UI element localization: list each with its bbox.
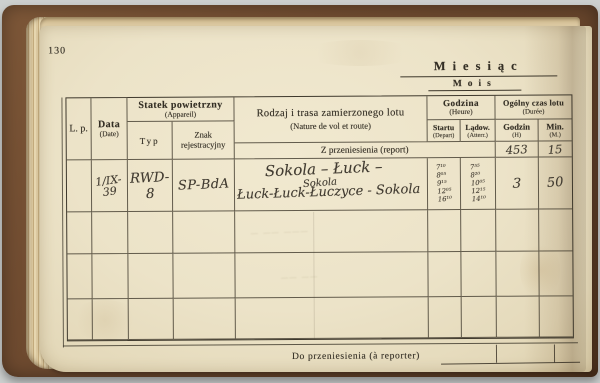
flight-log-table: L. p. Data (Date) Statek powietrzny (App… (65, 94, 573, 341)
empty-cell (128, 254, 173, 299)
entry-landing-times-cell: 7⁵⁵ 8²⁰ 10⁰⁵ 12¹⁵ 14¹⁰ (461, 158, 496, 210)
column-header-hours: Godzin (H) (496, 120, 539, 142)
carry-to-next-label: Do przeniesienia (à reporter) (292, 350, 420, 362)
entry-total-minutes: 50 (547, 175, 565, 191)
aircraft-label-fr: (Appareil) (165, 111, 196, 120)
registration-label-2: rejestracyjny (181, 140, 225, 150)
column-header-departure: Startu (Depart) (428, 120, 461, 142)
route-label: Rodzaj i trasa zamierzonego lotu (257, 107, 405, 119)
empty-cell (173, 211, 235, 253)
type-label: Typ (140, 135, 160, 145)
entry-route-cell: Sokola – Łuck – Sokola Łuck-Łuck-Łuczyce… (235, 158, 428, 211)
column-header-type: Typ (128, 122, 173, 160)
empty-cell (428, 210, 461, 252)
empty-cell (93, 299, 129, 340)
empty-cell (92, 212, 128, 254)
empty-cell (129, 299, 174, 340)
empty-cell (539, 209, 572, 251)
empty-cell (497, 297, 540, 338)
departure-label: Startu (433, 123, 454, 132)
minutes-label-fr: (M.) (549, 131, 560, 138)
entry-total-hours: 3 (513, 175, 522, 191)
total-time-label-fr: (Durée) (523, 108, 545, 116)
empty-cell (461, 252, 496, 297)
hour-label-fr: (Heure) (449, 108, 472, 117)
empty-cell (235, 252, 428, 298)
page-content: 130 Miesiąc Mois L. p. Data (Date) State… (0, 0, 600, 383)
empty-cell (496, 252, 539, 297)
column-header-aircraft: Statek powietrzny (Appareil) (127, 97, 234, 122)
empty-cell (92, 254, 128, 299)
carry-to-next-divider (554, 344, 555, 362)
empty-cell (540, 296, 573, 337)
logbook-photo: 130 Miesiąc Mois L. p. Data (Date) State… (0, 0, 600, 383)
carry-forward-label-cell: Z przeniesienia (report) (235, 142, 496, 160)
empty-cell (67, 212, 92, 254)
entry-landing-times: 7⁵⁵ 8²⁰ 10⁰⁵ 12¹⁵ 14¹⁰ (470, 163, 486, 204)
empty-cell (68, 299, 93, 340)
empty-cell (496, 210, 539, 252)
departure-label-fr: (Depart) (433, 132, 454, 139)
landing-label: Lądow. (465, 122, 490, 131)
ink-bleed-smudge: ‒ ‒‒ ‒‒‒ (250, 224, 308, 241)
table-outer-rule-left (61, 97, 64, 347)
column-header-minutes: Min. (M.) (539, 119, 572, 141)
total-time-label: Ogólny czas lotu (503, 98, 564, 107)
page-number: 130 (48, 45, 66, 56)
carry-forward-minutes-cell: 15 (539, 141, 572, 157)
landing-label-fr: (Atterr.) (467, 131, 488, 138)
column-header-lp: L. p. (66, 98, 91, 160)
entry-departure-times: 7¹⁰ 8⁰⁵ 9¹⁵ 12⁰⁵ 16¹⁰ (436, 163, 452, 204)
hours-label-fr: (H) (512, 132, 521, 139)
carry-forward-hours-cell: 453 (496, 142, 539, 158)
month-heading-pl: Miesiąc (400, 58, 557, 77)
ink-bleed-smudge: ‒‒ ‒‒ (280, 269, 318, 286)
entry-aircraft-type: RWD-8 (127, 169, 172, 203)
empty-cell (461, 210, 496, 252)
entry-total-hours-cell: 3 (496, 158, 539, 210)
entry-lp-cell (67, 160, 92, 212)
empty-cell (429, 297, 462, 338)
column-header-registration: Znak rejestracyjny (173, 121, 235, 159)
entry-date: 1/IX- 39 (95, 173, 124, 198)
entry-date-cell: 1/IX- 39 (92, 160, 128, 212)
empty-cell (174, 298, 236, 339)
empty-cell (173, 253, 235, 298)
entry-route-line2: Łuck-Łuck-Łuczyce - Sokola (237, 182, 421, 203)
empty-cell (67, 254, 92, 299)
entry-registration: SP-BdA (177, 177, 229, 194)
carry-to-next-rule (441, 362, 580, 365)
column-header-date: Data (Date) (91, 98, 127, 160)
entry-departure-times-cell: 7¹⁰ 8⁰⁵ 9¹⁵ 12⁰⁵ 16¹⁰ (428, 158, 461, 210)
month-heading-fr: Mois (428, 79, 521, 92)
column-header-total-time: Ogólny czas lotu (Durée) (495, 95, 571, 119)
carry-forward-label: Z przeniesienia (report) (321, 145, 409, 156)
entry-total-minutes-cell: 50 (539, 157, 572, 209)
column-header-landing: Lądow. (Atterr.) (461, 120, 496, 142)
carry-to-next-divider (496, 345, 497, 363)
date-label-fr: (Date) (100, 130, 119, 139)
hours-label: Godzin (503, 122, 530, 132)
route-label-fr: (Nature de vol et route) (290, 121, 371, 131)
entry-registration-cell: SP-BdA (173, 159, 235, 211)
minutes-label: Min. (546, 121, 563, 131)
table-outer-rule-bottom (63, 342, 578, 346)
empty-cell (428, 252, 461, 297)
empty-cell (128, 212, 173, 254)
lp-label: L. p. (69, 123, 88, 134)
column-header-hour: Godzina (Heure) (427, 96, 495, 120)
column-header-route: Rodzaj i trasa zamierzonego lotu (Nature… (234, 96, 427, 143)
empty-cell (462, 297, 497, 338)
carry-forward-minutes: 15 (548, 142, 563, 157)
entry-type-cell: RWD-8 (128, 160, 173, 212)
empty-cell (539, 251, 572, 296)
carry-forward-hours: 453 (505, 142, 528, 157)
empty-cell (236, 297, 429, 339)
